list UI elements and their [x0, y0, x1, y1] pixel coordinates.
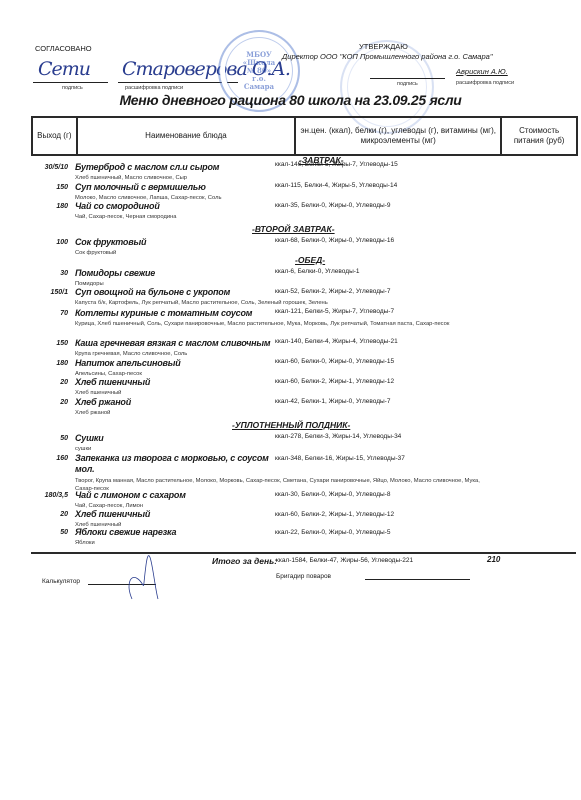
dish-name: Чай с лимоном с сахаром [75, 490, 186, 500]
totals-cost: 210 [487, 555, 500, 564]
dish-name: Каша гречневая вязкая с маслом сливочным [75, 338, 270, 348]
dish-name: Напиток апельсиновый [75, 358, 181, 368]
dish-yield: 50 [28, 435, 68, 442]
dish-yield: 100 [28, 239, 68, 246]
dish-nutrition: ккал-60, Белки-2, Жиры-1, Углеводы-12 [275, 378, 394, 385]
header-dish-name: Наименование блюда [77, 117, 295, 155]
dish-nutrition: ккал-30, Белки-0, Жиры-0, Углеводы-8 [275, 491, 390, 498]
dish-ingredients: Крупа гречневая, Масло сливочное, Соль [75, 350, 495, 358]
dish-nutrition: ккал-22, Белки-0, Жиры-0, Углеводы-5 [275, 529, 390, 536]
dish-yield: 160 [28, 455, 68, 462]
signature-caption-right: подпись [397, 81, 418, 87]
approval-left-label: СОГЛАСОВАНО [35, 44, 92, 53]
totals-nutrition: ккал-1584, Белки-47, Жиры-56, Углеводы-2… [276, 557, 413, 564]
dish-nutrition: ккал-348, Белки-16, Жиры-15, Углеводы-37 [275, 455, 405, 462]
dish-name: Яблоки свежие нарезка [75, 527, 176, 537]
dish-name: Хлеб ржаной [75, 397, 131, 407]
signature-line-right [370, 78, 445, 79]
dish-nutrition: ккал-60, Белки-0, Жиры-0, Углеводы-15 [275, 358, 394, 365]
dish-ingredients: Хлеб пшеничный, Масло сливочное, Сыр [75, 174, 495, 182]
dish-name: Бутерброд с маслом сл.и сыром [75, 162, 219, 172]
dish-ingredients: Капуста б/к, Картофель, Лук репчатый, Ма… [75, 299, 495, 307]
chef-label: Бригадир поваров [276, 573, 331, 580]
chef-signature-line [365, 579, 470, 580]
dish-nutrition: ккал-35, Белки-0, Жиры-0, Углеводы-9 [275, 202, 390, 209]
section-title: -ВТОРОЙ ЗАВТРАК- [252, 224, 335, 234]
signature-caption-left: подпись [62, 85, 83, 91]
section-title: -УПЛОТНЕННЫЙ ПОЛДНИК- [232, 420, 350, 430]
dish-name: Помидоры свежие [75, 268, 155, 278]
signature-line-left [33, 82, 108, 83]
dish-name: Суп овощной на бульоне с укропом [75, 287, 230, 297]
dish-yield: 180/3,5 [28, 492, 68, 499]
header-cost: Стоимость питания (руб) [501, 117, 577, 155]
page-title: Меню дневного рациона 80 школа на 23.09.… [0, 92, 581, 108]
dish-yield: 70 [28, 310, 68, 317]
header-nutrition: эн.цен. (ккал), белки (г), углеводы (г),… [295, 117, 501, 155]
dish-name: Хлеб пшеничный [75, 509, 150, 519]
dish-yield: 150/1 [28, 289, 68, 296]
dish-ingredients: Чай, Сахар-песок, Черная смородина [75, 213, 495, 221]
decode-caption-left: расшифровка подписи [125, 85, 183, 91]
menu-table-header: Выход (г) Наименование блюда эн.цен. (кк… [31, 116, 578, 156]
totals-label: Итого за день: [212, 556, 277, 566]
approval-right-label: УТВЕРЖДАЮ [359, 42, 408, 51]
dish-name: Суп молочный с вермишелью [75, 182, 206, 192]
dish-nutrition: ккал-121, Белки-5, Жиры-7, Углеводы-7 [275, 308, 394, 315]
dish-name: Чай со смородиной [75, 201, 160, 211]
table-bottom-border [31, 552, 576, 554]
section-title: -ОБЕД- [295, 255, 325, 265]
dish-ingredients: Сок фруктовый [75, 249, 495, 257]
calculator-signature [120, 555, 160, 600]
dish-nutrition: ккал-6, Белки-0, Углеводы-1 [275, 268, 360, 275]
dish-name: Хлеб пшеничный [75, 377, 150, 387]
stamp-line-3: г.о. Самара [240, 75, 279, 91]
dish-yield: 180 [28, 360, 68, 367]
dish-nutrition: ккал-146, Белки-5, Жиры-7, Углеводы-15 [275, 161, 398, 168]
dish-name: Котлеты куриные с томатным соусом [75, 308, 252, 318]
header-yield: Выход (г) [32, 117, 77, 155]
dish-name: Сушки [75, 433, 104, 443]
dish-name: Сок фруктовый [75, 237, 146, 247]
dish-yield: 150 [28, 184, 68, 191]
dish-yield: 50 [28, 529, 68, 536]
approver-position: Директор ООО "КОП Промышленного района г… [282, 52, 492, 61]
dish-yield: 20 [28, 379, 68, 386]
dish-ingredients: Яблоки [75, 539, 495, 547]
dish-nutrition: ккал-115, Белки-4, Жиры-5, Углеводы-14 [275, 182, 397, 189]
approver-name: Аврискин А.Ю. [456, 67, 508, 76]
dish-yield: 20 [28, 511, 68, 518]
dish-yield: 30/5/10 [28, 164, 68, 171]
dish-nutrition: ккал-278, Белки-3, Жиры-14, Углеводы-34 [275, 433, 401, 440]
dish-yield: 180 [28, 203, 68, 210]
dish-ingredients: Хлеб пшеничный [75, 389, 495, 397]
stamp-line-2: «Школа № 80» [240, 59, 279, 75]
dish-nutrition: ккал-42, Белки-1, Жиры-0, Углеводы-7 [275, 398, 390, 405]
dish-nutrition: ккал-140, Белки-4, Жиры-4, Углеводы-21 [275, 338, 398, 345]
dish-yield: 30 [28, 270, 68, 277]
dish-ingredients: Хлеб ржаной [75, 409, 495, 417]
dish-nutrition: ккал-68, Белки-0, Жиры-0, Углеводы-16 [275, 237, 394, 244]
decode-caption-right: расшифровка подписи [456, 80, 514, 86]
dish-nutrition: ккал-52, Белки-2, Жиры-2, Углеводы-7 [275, 288, 390, 295]
dish-ingredients: Курица, Хлеб пшеничный, Соль, Сухари пан… [75, 320, 495, 328]
dish-name: Запеканка из творога с морковью, с соусо… [75, 453, 275, 475]
calculator-label: Калькулятор [42, 578, 80, 585]
dish-yield: 20 [28, 399, 68, 406]
dish-yield: 150 [28, 340, 68, 347]
dish-nutrition: ккал-60, Белки-2, Жиры-1, Углеводы-12 [275, 511, 394, 518]
signature-left: Сети [38, 58, 90, 80]
dish-ingredients: сушки [75, 445, 495, 453]
